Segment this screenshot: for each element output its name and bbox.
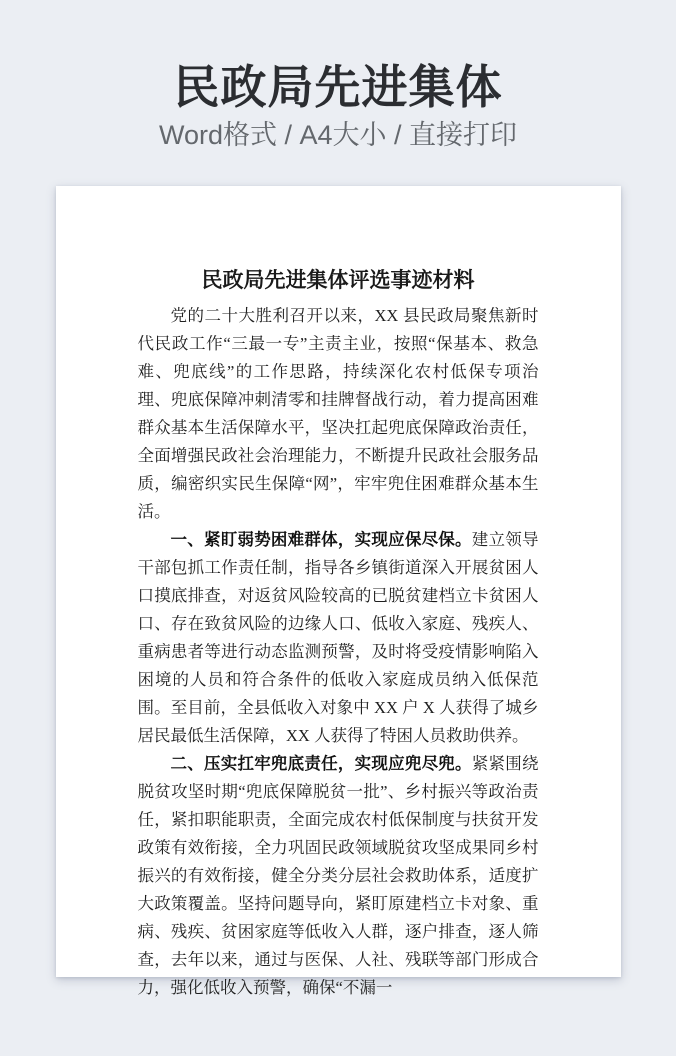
template-title: 民政局先进集体 bbox=[0, 62, 676, 112]
paragraph-intro: 党的二十大胜利召开以来，XX 县民政局聚焦新时代民政工作“三最一专”主责主业，按… bbox=[138, 302, 539, 526]
paragraph-intro-text: 党的二十大胜利召开以来，XX 县民政局聚焦新时代民政工作“三最一专”主责主业，按… bbox=[138, 306, 539, 521]
paragraph-section-2-text: 紧紧围绕脱贫攻坚时期“兜底保障脱贫一批”、乡村振兴等政治责任，紧扣职能职责，全面… bbox=[138, 754, 539, 997]
document-title: 民政局先进集体评选事迹材料 bbox=[138, 266, 539, 296]
paragraph-section-1: 一、紧盯弱势困难群体，实现应保尽保。建立领导干部包抓工作责任制，指导各乡镇街道深… bbox=[138, 526, 539, 750]
paragraph-section-1-lead: 一、紧盯弱势困难群体，实现应保尽保。 bbox=[171, 531, 472, 549]
document-body: 党的二十大胜利召开以来，XX 县民政局聚焦新时代民政工作“三最一专”主责主业，按… bbox=[138, 302, 539, 1002]
document-page: 民政局先进集体评选事迹材料 党的二十大胜利召开以来，XX 县民政局聚焦新时代民政… bbox=[56, 186, 621, 977]
header: 民政局先进集体 Word格式 / A4大小 / 直接打印 bbox=[0, 0, 676, 152]
paragraph-section-2-lead: 二、压实扛牢兜底责任，实现应兜尽兜。 bbox=[171, 755, 472, 773]
template-subtitle: Word格式 / A4大小 / 直接打印 bbox=[0, 118, 676, 152]
paragraph-section-2: 二、压实扛牢兜底责任，实现应兜尽兜。紧紧围绕脱贫攻坚时期“兜底保障脱贫一批”、乡… bbox=[138, 750, 539, 1002]
paragraph-section-1-text: 建立领导干部包抓工作责任制，指导各乡镇街道深入开展贫困人口摸底排查，对返贫风险较… bbox=[138, 530, 539, 745]
template-preview: 民政局先进集体 Word格式 / A4大小 / 直接打印 民政局先进集体评选事迹… bbox=[0, 0, 676, 977]
